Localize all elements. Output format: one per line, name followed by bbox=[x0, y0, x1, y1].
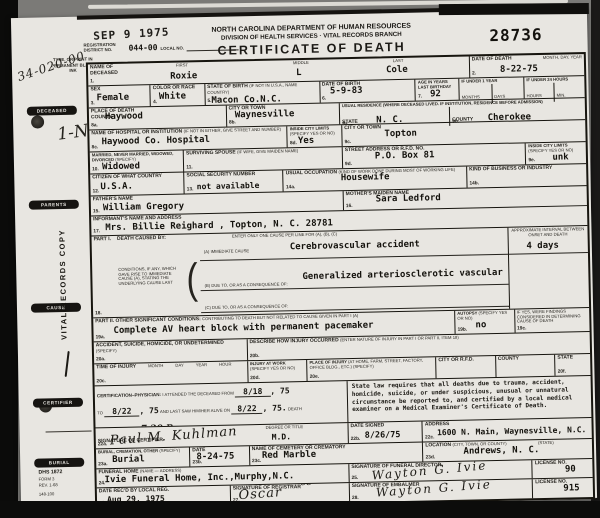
field-inside-city-limits-death: INSIDE CITY LIMITS (SPECIFY YES OR NO) Y… bbox=[288, 125, 343, 147]
form-id-line3: REV. 1-68 bbox=[39, 482, 63, 488]
time-month-label: MONTH bbox=[148, 364, 163, 370]
occupation-number: 14a. bbox=[286, 185, 295, 190]
field-industry: KIND OF BUSINESS OR INDUSTRY 14b. bbox=[467, 164, 586, 187]
birth-state-number: 5. bbox=[207, 99, 211, 104]
inside-city-sublabel: (SPECIFY YES OR NO) bbox=[290, 130, 335, 136]
dob-value: 5-9-83 bbox=[330, 84, 413, 96]
res-city-number: 9c. bbox=[345, 140, 352, 145]
field-hospital: NAME OF HOSPITAL OR INSTITUTION (IF NOT … bbox=[89, 126, 288, 151]
cemetery-number: 23c. bbox=[252, 459, 261, 464]
field-ssn: SOCIAL SECURITY NUMBER not available 13. bbox=[184, 170, 284, 193]
occupation-label: USUAL OCCUPATION bbox=[286, 169, 338, 176]
part2-title: OTHER SIGNIFICANT CONDITIONS: bbox=[115, 316, 200, 324]
tab-burial: BURIAL bbox=[34, 458, 84, 468]
field-color-or-race: COLOR OR RACE White 4. bbox=[151, 84, 206, 106]
injury-state-label: STATE bbox=[557, 355, 588, 361]
certificate-number: 28736 bbox=[489, 25, 543, 45]
hole-punch-top bbox=[31, 115, 44, 128]
dod-value: 8-22-75 bbox=[500, 63, 582, 75]
field-cemetery: NAME OF CEMETERY OR CREMATORY Red Marble… bbox=[250, 443, 424, 466]
tab-cause: CAUSE bbox=[31, 303, 81, 313]
registration-district-value: 044-00 bbox=[128, 43, 157, 53]
part1-cause-of-death: PART I. DEATH CAUSED BY: ENTER ONLY ONE … bbox=[92, 228, 510, 318]
part1-number: 18. bbox=[95, 311, 102, 316]
attended-from-year: , 75 bbox=[270, 386, 289, 395]
fd-license-value: 90 bbox=[565, 464, 591, 475]
part2-number: 19a. bbox=[96, 335, 105, 340]
burial-date-number: 23b. bbox=[192, 460, 202, 465]
field-place-of-death-county: PLACE OF DEATH COUNTY Haywood 8a. bbox=[89, 106, 227, 130]
time-injury-label: TIME OF INJURY bbox=[96, 365, 136, 371]
location-value: Andrews, N. C. bbox=[463, 444, 590, 457]
cause-a-value: Cerebrovascular accident bbox=[290, 240, 420, 253]
certification-statement: CERTIFICATION–PHYSICIAN: I ATTENDED THE … bbox=[95, 381, 349, 427]
field-occupation: USUAL OCCUPATION (KIND OF WORK DONE DURI… bbox=[284, 167, 468, 192]
street-number: 9d. bbox=[345, 162, 352, 167]
part1-label: PART I. bbox=[94, 237, 112, 243]
spouse-sublabel: (IF WIFE, GIVE MAIDEN NAME) bbox=[237, 148, 298, 154]
scanned-document-page: SEP 9 1975 REGISTRATION DISTRICT NO. 044… bbox=[0, 0, 600, 518]
cause-a-label: (a) IMMEDIATE CAUSE bbox=[204, 249, 249, 255]
field-if-under-1-year: IF UNDER 1 YEAR MONTHS DAYS bbox=[459, 77, 524, 99]
burial-sublabel: (SPECIFY) bbox=[159, 448, 180, 453]
pod-city-number: 8b. bbox=[229, 120, 236, 125]
field-injury-state: STATE 20f. bbox=[555, 354, 590, 376]
father-number: 15. bbox=[93, 209, 100, 214]
attended-from-date: 8/18 bbox=[235, 387, 270, 398]
industry-number: 14b. bbox=[469, 181, 479, 186]
field-sex: SEX Female 3. bbox=[88, 85, 151, 107]
spouse-number: 11. bbox=[186, 165, 193, 170]
location-label: LOCATION bbox=[425, 442, 451, 449]
race-value: White bbox=[159, 91, 203, 102]
industry-label: KIND OF BUSINESS OR INDUSTRY bbox=[469, 165, 584, 173]
field-marital-status: MARRIED, NEVER MARRIED, WIDOWED, DIVORCE… bbox=[90, 150, 185, 173]
field-place-of-death-city: CITY OR TOWN Waynesville 8b. bbox=[227, 103, 341, 126]
agency-header: NORTH CAROLINA DEPARTMENT OF HUMAN RESOU… bbox=[161, 22, 462, 59]
last-saw-date: 8/22 bbox=[231, 404, 262, 415]
burial-number: 23a. bbox=[98, 462, 107, 467]
field-place-of-injury: PLACE OF INJURY (AT HOME, FARM, STREET, … bbox=[307, 357, 436, 381]
part1-note: ENTER ONLY ONE CAUSE PER LINE FOR (a), (… bbox=[232, 232, 337, 239]
manner-sublabel: (SPECIFY) bbox=[96, 348, 117, 353]
burial-label: BURIAL, CREMATION, OTHER bbox=[98, 448, 158, 454]
findings-label: IF YES, WERE FINDINGS CONSIDERED IN DETE… bbox=[517, 309, 588, 325]
spouse-label: SURVIVING SPOUSE bbox=[186, 149, 236, 156]
time-injury-number: 20c. bbox=[96, 379, 105, 384]
certification-lead: CERTIFICATION–PHYSICIAN: bbox=[97, 392, 161, 398]
field-if-under-24-hours: IF UNDER 24 HOURS HOURS MIN. bbox=[524, 76, 584, 98]
attended-to-year: , 75 bbox=[139, 406, 158, 415]
interval-underline bbox=[509, 252, 589, 255]
injury-state-number: 20f. bbox=[558, 370, 566, 375]
field-injury-city: CITY OR R.F.D. bbox=[436, 356, 496, 378]
date-signed-number: 22b. bbox=[351, 437, 361, 442]
field-date-of-death: DATE OF DEATH MONTH, DAY, YEAR 8-22-75 2… bbox=[470, 54, 585, 77]
marital-number: 10. bbox=[92, 167, 99, 172]
field-certifier-address: ADDRESS 1600 N. Main, Waynesville, N.C. … bbox=[423, 418, 592, 442]
field-age: AGE IN YEARS LAST BIRTHDAY 92 7. bbox=[416, 79, 460, 101]
citizen-value: U.S.A. bbox=[100, 180, 181, 192]
part1-title: DEATH CAUSED BY: bbox=[117, 236, 166, 243]
date-received-stamp: SEP 9 1975 bbox=[93, 25, 170, 42]
how-injury-label: DESCRIBE HOW INJURY OCCURRED bbox=[249, 337, 338, 345]
how-injury-sublabel: (ENTER NATURE OF INJURY IN PART I OR PAR… bbox=[340, 335, 459, 342]
name-sub-middle: MIDDLE bbox=[293, 61, 309, 66]
inside-city-number: 8d. bbox=[290, 141, 297, 146]
death-certificate: SEP 9 1975 REGISTRATION DISTRICT NO. 044… bbox=[11, 6, 597, 510]
dod-number: 2. bbox=[472, 71, 476, 76]
name-sub-first: FIRST bbox=[176, 63, 188, 68]
field-citizen: CITIZEN OF WHAT COUNTRY U.S.A. 12. bbox=[90, 172, 185, 195]
time-hour-label: HOUR bbox=[219, 363, 231, 369]
inside-city2-value: unk bbox=[552, 153, 584, 164]
field-injury-county: COUNTY bbox=[496, 355, 556, 377]
interval-column: APPROXIMATE INTERVAL BETWEEN ONSET AND D… bbox=[508, 226, 589, 309]
race-number: 4. bbox=[153, 100, 157, 105]
field-embalmer-license: LICENSE NO. 915 bbox=[533, 478, 593, 498]
field-autopsy-findings: IF YES, WERE FINDINGS CONSIDERED IN DETE… bbox=[515, 308, 590, 333]
name-first-value: Roxie bbox=[170, 71, 197, 82]
attended-to-date: 8/22 bbox=[104, 406, 139, 417]
how-injury-number: 20b. bbox=[250, 354, 260, 359]
citizen-number: 12. bbox=[93, 189, 100, 194]
age-label: AGE IN YEARS LAST BIRTHDAY bbox=[418, 80, 457, 90]
marital-value: Widowed bbox=[102, 161, 181, 173]
ssn-number: 13. bbox=[187, 187, 194, 192]
field-cemetery-location: LOCATION (CITY, TOWN, OR COUNTY) (STATE)… bbox=[423, 439, 592, 462]
conditions-brace: ( bbox=[186, 255, 198, 304]
informant-number: 17. bbox=[93, 229, 100, 234]
field-manner-of-death: ACCIDENT, SUICIDE, HOMICIDE, OR UNDETERM… bbox=[94, 339, 248, 363]
under24-hours-label: HOURS bbox=[527, 93, 542, 98]
location-sub2: (STATE) bbox=[538, 440, 554, 445]
time-year-label: YEAR bbox=[196, 363, 208, 369]
address-value: 1600 N. Main, Waynesville, N.C. bbox=[437, 425, 590, 437]
certification-attended: I ATTENDED THE DECEASED FROM bbox=[162, 390, 234, 396]
certification-death-word: DEATH bbox=[288, 406, 302, 411]
certifier-signature: Paul M. Kuhlman bbox=[109, 424, 238, 448]
inside-city-value: Yes bbox=[298, 136, 340, 147]
autopsy-number: 19b. bbox=[458, 328, 468, 333]
embalmer-license-value: 915 bbox=[563, 483, 591, 494]
field-autopsy: AUTOPSY (SPECIFY YES OR NO) no 19b. bbox=[455, 310, 515, 334]
certifier-degree: M.D. bbox=[272, 432, 291, 441]
tab-parents: PARENTS bbox=[29, 200, 79, 210]
burial-value: Burial bbox=[112, 453, 187, 465]
date-signed-value: 8/26/75 bbox=[365, 429, 421, 440]
sex-value: Female bbox=[96, 92, 148, 103]
registration-district-label: REGISTRATION DISTRICT NO. bbox=[83, 43, 125, 54]
certification-last-saw: AND LAST SAW HIM/HER ALIVE ON bbox=[160, 407, 230, 413]
statute-text: State law requires that all deaths due t… bbox=[348, 376, 592, 416]
conditions-note: CONDITIONS, IF ANY, WHICH GAVE RISE TO I… bbox=[118, 267, 184, 287]
under1-days-label: DAYS bbox=[494, 93, 505, 98]
name-middle-value: L bbox=[296, 68, 302, 78]
injury-city-label: CITY OR R.F.D. bbox=[438, 357, 493, 364]
field-date-signed: DATE SIGNED 8/26/75 22b. bbox=[348, 422, 423, 444]
cause-b-value: Generalized arteriosclerotic vascular di… bbox=[302, 267, 509, 282]
under24-min-label: MIN. bbox=[557, 92, 566, 97]
field-time-of-injury: TIME OF INJURY MONTH DAY YEAR HOUR 20c. bbox=[94, 361, 248, 385]
field-street-address: STREET ADDRESS OR R.F.D. No. P.O. Box 81… bbox=[343, 143, 527, 168]
margin-rule bbox=[46, 430, 92, 432]
certificate-top-corner-shadow bbox=[439, 3, 589, 15]
field-burial-date: DATE 8-24-75 23b. bbox=[190, 446, 250, 466]
pod-county-value: Haywood bbox=[105, 110, 224, 122]
mother-number: 16. bbox=[346, 204, 353, 209]
cause-a-underline bbox=[200, 254, 510, 261]
funeral-home-sublabel: (NAME — ADDRESS) bbox=[140, 468, 182, 474]
fd-signature-number: 25. bbox=[352, 476, 359, 481]
hospital-sublabel: (IF NOT IN EITHER, GIVE STREET AND NUMBE… bbox=[184, 126, 281, 133]
interval-header: APPROXIMATE INTERVAL BETWEEN ONSET AND D… bbox=[510, 227, 586, 238]
name-number: 1. bbox=[90, 79, 94, 84]
inside-city2-number: 9e. bbox=[528, 158, 535, 163]
scan-bottom-black-edge bbox=[0, 501, 600, 518]
age-number: 7. bbox=[418, 94, 422, 99]
tab-deceased: DECEASED bbox=[27, 106, 77, 116]
field-surviving-spouse: SURVIVING SPOUSE (IF WIFE, GIVE MAIDEN N… bbox=[184, 147, 343, 171]
field-date-of-birth: DATE OF BIRTH 5-9-83 6. bbox=[320, 80, 416, 103]
at-work-number: 20d. bbox=[250, 376, 260, 381]
field-inside-city-limits-residence: INSIDE CITY LIMITS (SPECIFY YES OR NO) u… bbox=[526, 142, 586, 164]
handwritten-margin-note: 1-N bbox=[56, 121, 90, 145]
certification-to: TO bbox=[97, 410, 103, 415]
name-sub-last: LAST bbox=[393, 59, 404, 64]
interval-a-value: 4 days bbox=[526, 241, 586, 252]
degree-label: DEGREE OR TITLE bbox=[266, 425, 304, 430]
under1-months-label: MONTHS bbox=[462, 94, 480, 99]
injury-county-label: COUNTY bbox=[498, 356, 553, 363]
ssn-label: SOCIAL SECURITY NUMBER bbox=[186, 171, 280, 179]
dod-label: DATE OF DEATH bbox=[472, 57, 512, 63]
part2-label: PART II. bbox=[95, 318, 114, 324]
field-state-of-birth: STATE OF BIRTH (IF NOT IN U.S.A., NAME C… bbox=[205, 82, 320, 105]
autopsy-value: no bbox=[475, 320, 512, 331]
certifier-signature-number: 22a. bbox=[98, 442, 107, 447]
burial-date-value: 8-24-75 bbox=[196, 451, 247, 462]
age-value: 92 bbox=[430, 89, 457, 100]
address-number: 22c. bbox=[425, 435, 434, 440]
field-burial: BURIAL, CREMATION, OTHER (SPECIFY) Buria… bbox=[96, 447, 191, 468]
tab-certifier: CERTIFIER bbox=[33, 398, 83, 408]
pod-county-number: 8a. bbox=[91, 123, 98, 128]
last-saw-year: , 75. bbox=[262, 403, 286, 413]
findings-number: 19c. bbox=[517, 326, 526, 331]
vital-records-copy-label: VITAL RECORDS COPY bbox=[57, 229, 68, 340]
funeral-home-number: 24. bbox=[99, 481, 106, 486]
certificate-form: NAME OF DECEASED FIRST MIDDLE LAST Roxie… bbox=[86, 52, 595, 509]
field-fd-license: LICENSE NO. 90 bbox=[533, 459, 593, 478]
field-embalmer-signature: SIGNATURE OF EMBALMER Wayton G. Ivie 28. bbox=[350, 479, 534, 502]
dob-number: 6. bbox=[322, 97, 326, 102]
name-last-value: Cole bbox=[386, 65, 408, 75]
medical-examiner-statute: State law requires that all deaths due t… bbox=[348, 376, 592, 422]
ssn-value: not available bbox=[197, 180, 281, 191]
manner-number: 20a. bbox=[96, 357, 105, 362]
time-day-label: DAY bbox=[175, 364, 183, 370]
location-number: 23d. bbox=[426, 455, 436, 460]
at-work-sublabel: (SPECIFY YES OR NO) bbox=[250, 365, 295, 371]
dod-sublabel: MONTH, DAY, YEAR bbox=[543, 55, 582, 61]
hospital-number: 8c. bbox=[92, 145, 99, 150]
field-injury-at-work: INJURY AT WORK (SPECIFY YES OR NO) 20d. bbox=[248, 360, 308, 382]
form-id-line4: 148-100 bbox=[39, 491, 63, 497]
place-injury-number: 20e. bbox=[310, 375, 319, 380]
handwritten-check-stroke bbox=[65, 351, 70, 377]
sex-number: 3. bbox=[91, 101, 95, 106]
pod-city-value: Waynesville bbox=[235, 108, 337, 120]
form-id-block: DHS 1872 FORM 3 REV. 1-68 148-100 bbox=[38, 469, 63, 498]
